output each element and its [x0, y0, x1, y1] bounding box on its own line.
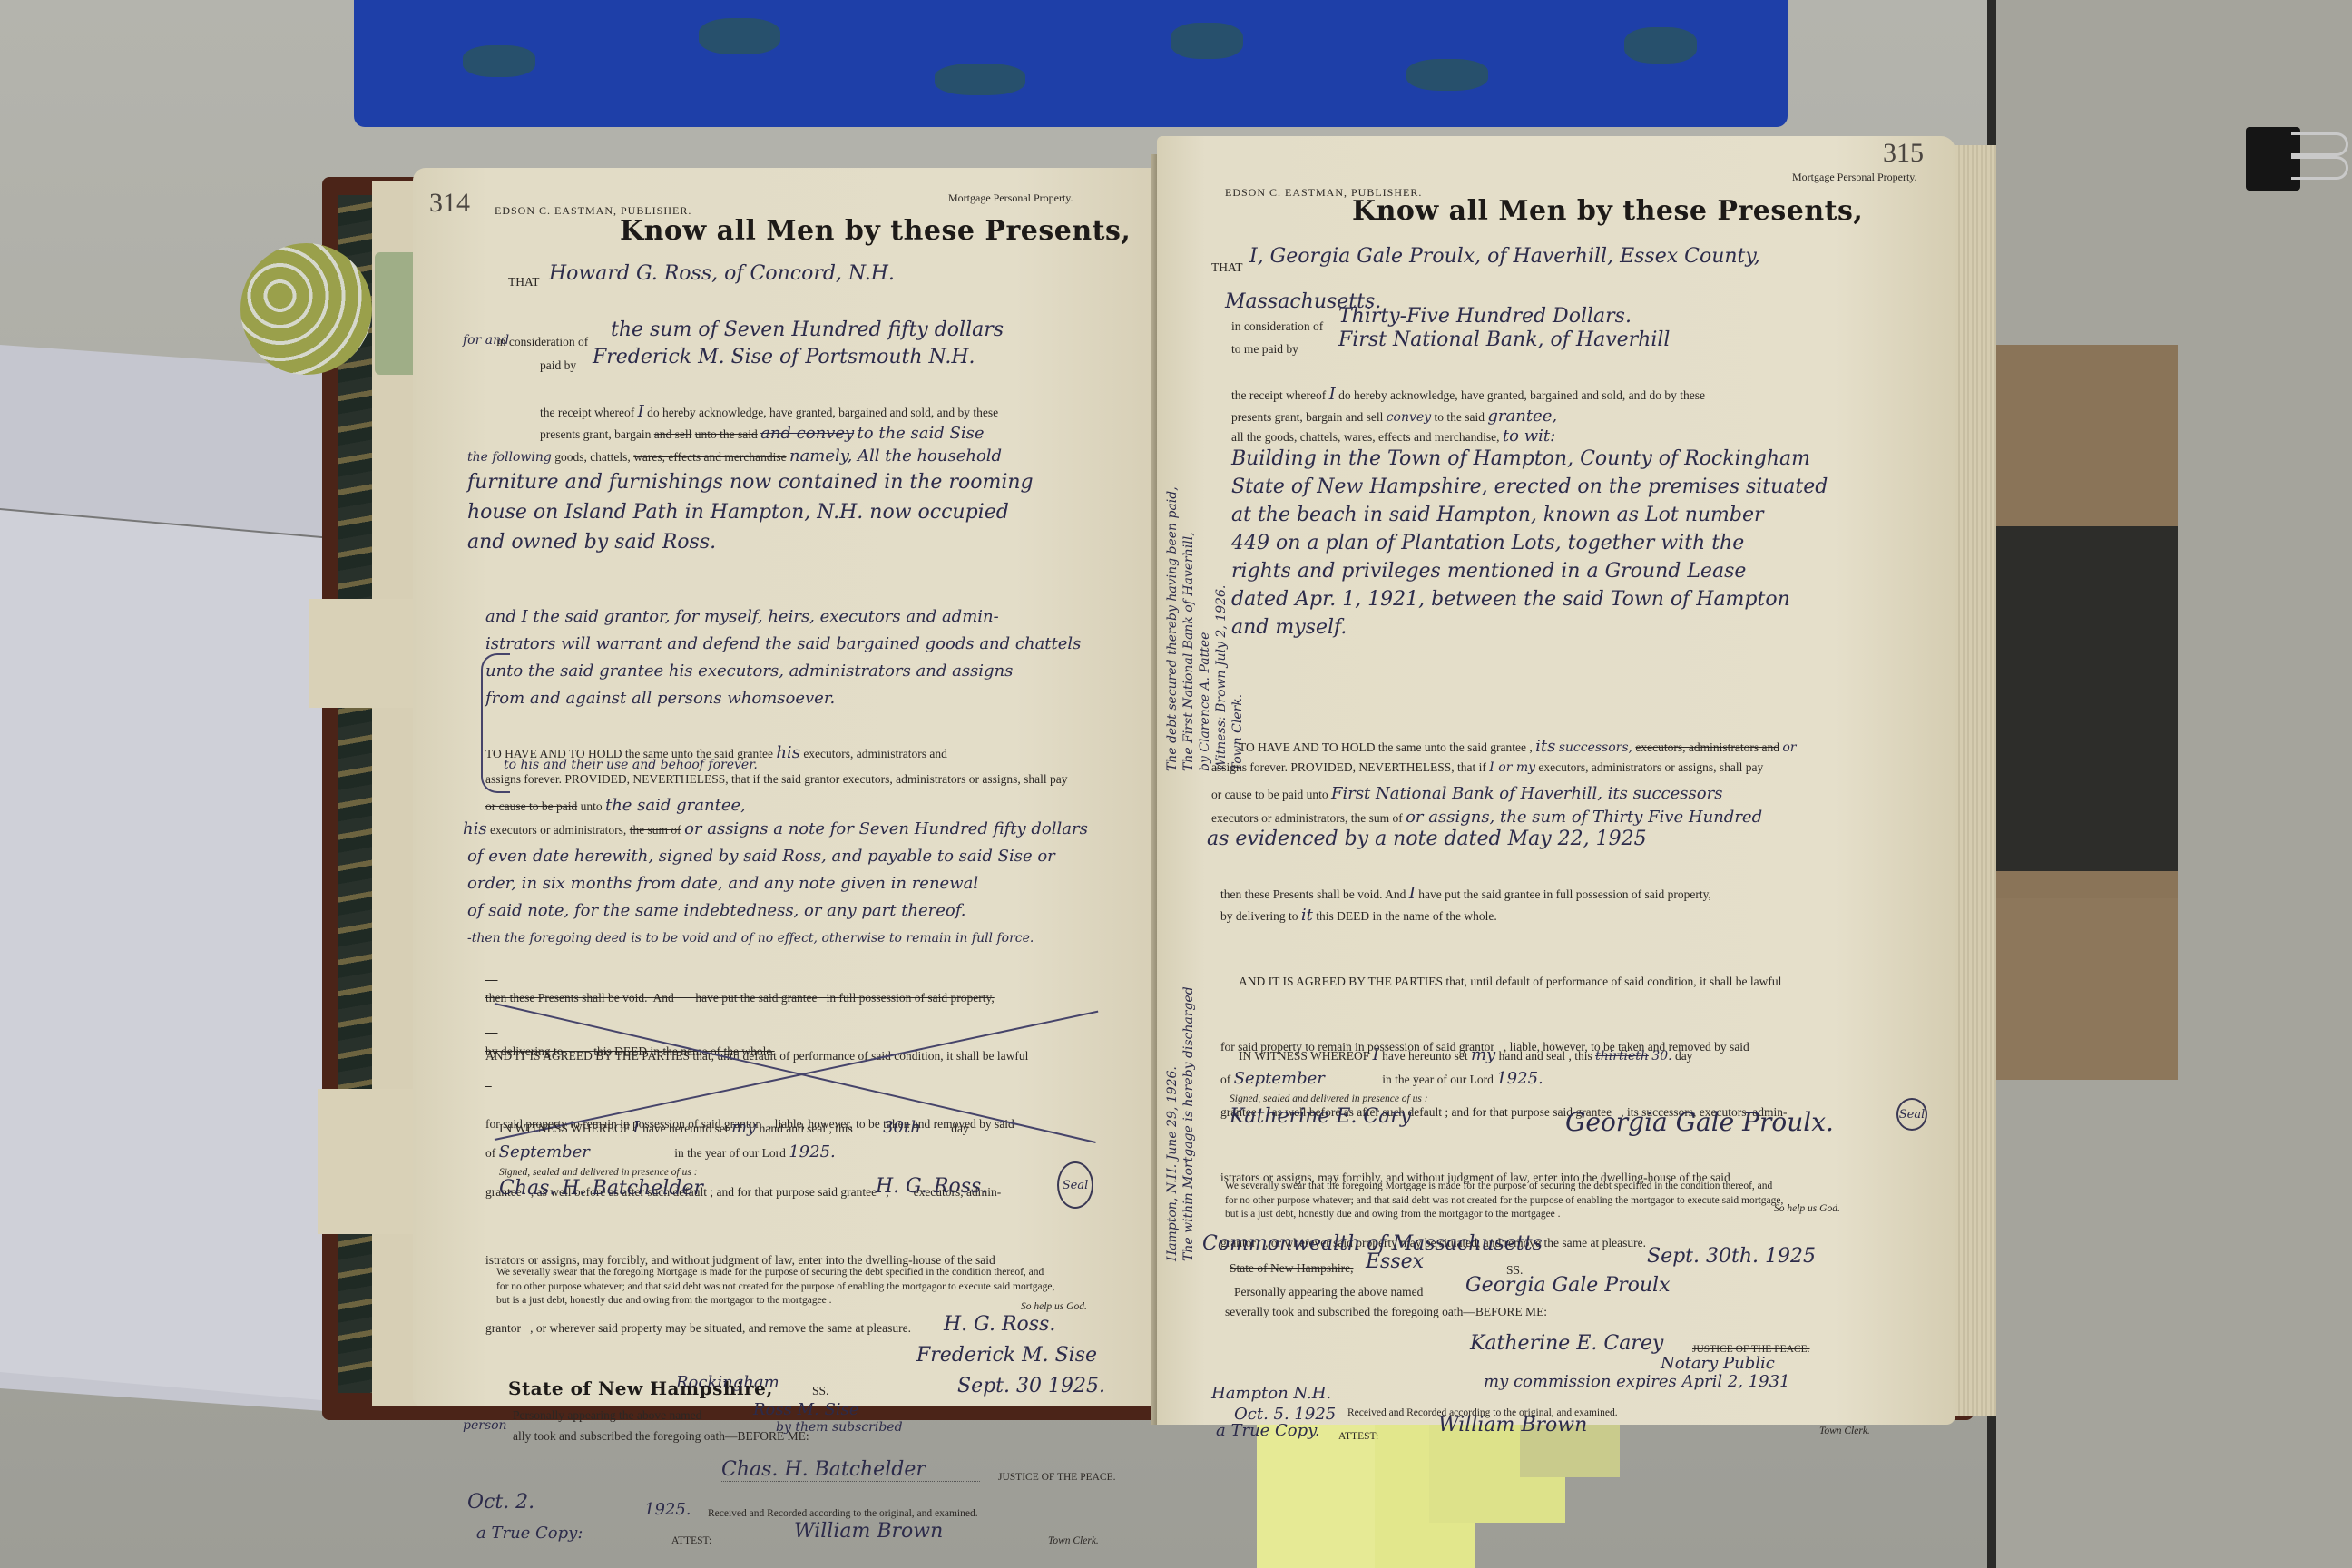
habendum-line-1: TO HAVE AND TO HOLD the same unto the sa… — [1239, 735, 1796, 759]
justice-signature: Chas. H. Batchelder — [721, 1458, 980, 1482]
ack-county: Rockingham — [676, 1373, 779, 1392]
that-label: THAT — [1211, 259, 1243, 277]
notary-commission: my commission expires April 2, 1931 — [1484, 1372, 1790, 1391]
cardboard-book-support — [1969, 345, 2178, 1080]
recording-year: 1925. — [644, 1500, 691, 1519]
witness-date-line: of September in the year of our Lord 192… — [485, 1141, 836, 1164]
note-terms: of even date herewith, signed by said Ro… — [467, 843, 1055, 952]
consideration-amount: Thirty-Five Hundred Dollars. — [1338, 305, 1632, 328]
witness-line: IN WITNESS WHEREOF I have hereunto set m… — [1239, 1044, 1692, 1067]
form-type: Mortgage Personal Property. — [948, 191, 1073, 205]
goods-line: the following goods, chattels, wares, ef… — [467, 445, 1002, 468]
ack-took: ally took and subscribed the foregoing o… — [513, 1427, 809, 1445]
ack-date: Sept. 30th. 1925 — [1647, 1245, 1816, 1268]
deliver-clause: by delivering to it this DEED in the nam… — [1220, 904, 1497, 927]
loose-paper-sheet-lower — [0, 508, 336, 1401]
mortgagee-name: Frederick M. Sise of Portsmouth N.H. — [593, 346, 975, 368]
oath-signature-ross: H. G. Ross. — [944, 1313, 1055, 1336]
habendum-line-3: or cause to be paid unto First National … — [1211, 782, 1722, 806]
discharge-margin-note-lower: Hampton, N.H. June 29, 1926. The within … — [1164, 789, 1197, 1261]
ack-ss: SS. — [812, 1382, 828, 1400]
true-copy: a True Copy: — [476, 1524, 583, 1543]
page-number: 315 — [1883, 138, 1924, 169]
form-heading: Know all Men by these Presents, — [620, 215, 1131, 247]
recording-date: Oct. 2. — [467, 1491, 534, 1514]
grantor-name: I, Georgia Gale Proulx, of Haverhill, Es… — [1249, 245, 1760, 268]
attest-label: ATTEST: — [1338, 1430, 1378, 1445]
paid-by-label: paid by — [540, 357, 576, 375]
witness-date-line: of September in the year of our Lord 192… — [1220, 1067, 1543, 1091]
habendum-line-2: assigns forever. PROVIDED, NEVERTHELESS,… — [485, 770, 1067, 789]
blue-painters-tape — [354, 0, 1788, 127]
ack-appearing: Personally appearing the above named — [1234, 1283, 1423, 1301]
witness-signature: Chas. H. Batchelder — [499, 1177, 703, 1200]
justice-label: JUSTICE OF THE PEACE. — [998, 1471, 1116, 1485]
clerk-signature: William Brown — [1438, 1414, 1587, 1436]
ack-names: Ross M. Sise — [753, 1400, 858, 1419]
grant-line: presents grant, bargain and sell unto th… — [540, 422, 985, 446]
receipt-line: the receipt whereof I do hereby acknowle… — [1231, 383, 1705, 407]
grantor-signature: Georgia Gale Proulx. — [1565, 1107, 1834, 1137]
ack-county: Essex — [1366, 1250, 1424, 1273]
habendum-line-3: or cause to be paid unto the said grante… — [485, 794, 746, 818]
receipt-line: the receipt whereof I do hereby acknowle… — [540, 400, 998, 424]
consideration-label: in consideration of — [496, 333, 588, 351]
oath-text: We severally swear that the foregoing Mo… — [1225, 1180, 1869, 1222]
ack-took: severally took and subscribed the forego… — [1225, 1303, 1547, 1321]
ack-appearing: Personally appearing the above named — [513, 1406, 701, 1425]
form-type: Mortgage Personal Property. — [1792, 171, 1917, 184]
grantor-signature: H. G. Ross. — [876, 1175, 987, 1198]
handwritten-goods-description: furniture and furnishings now contained … — [467, 467, 1034, 557]
habendum-line-4: his executors or administrators, the sum… — [463, 818, 1088, 841]
true-copy: a True Copy. — [1216, 1421, 1320, 1440]
ack-state-struck: State of New Hampshire, — [1230, 1259, 1353, 1278]
seal-mark: Seal — [1057, 1161, 1093, 1209]
warranty-clause: and I the said grantor, for myself, heir… — [485, 603, 1081, 712]
grantor-name: Howard G. Ross, of Concord, N.H. — [549, 262, 895, 285]
oath-signature-sise: Frederick M. Sise — [916, 1344, 1097, 1367]
notary-title: Notary Public — [1661, 1354, 1775, 1373]
clerk-signature: William Brown — [794, 1520, 943, 1543]
page-number: 314 — [429, 188, 470, 219]
justice-signature: Katherine E. Carey — [1470, 1332, 1663, 1355]
ack-date: Sept. 30 1925. — [957, 1375, 1105, 1397]
habendum-line-5: as evidenced by a note dated May 22, 192… — [1207, 828, 1647, 850]
handwritten-property-description: Building in the Town of Hampton, County … — [1231, 445, 1828, 642]
ack-names: Georgia Gale Proulx — [1465, 1274, 1671, 1297]
so-help-text: So help us God. — [1774, 1202, 1840, 1217]
discharge-margin-note: The debt secured thereby having been pai… — [1164, 299, 1246, 771]
page-315: 315 EDSON C. EASTMAN, PUBLISHER. Mortgag… — [1157, 136, 1955, 1425]
void-clause: then these Presents shall be void. And I… — [1220, 882, 1711, 906]
binder-clip-icon — [2246, 127, 2300, 191]
clerk-label: Town Clerk. — [1819, 1425, 1870, 1439]
habendum-line-2: assigns forever. PROVIDED, NEVERTHELESS,… — [1211, 759, 1763, 777]
consideration-amount: the sum of Seven Hundred fifty dollars — [611, 318, 1004, 341]
that-label: THAT — [508, 273, 540, 291]
ack-margin: person — [463, 1418, 507, 1433]
witness-line: IN WITNESS WHEREOF I have hereunto set m… — [499, 1116, 969, 1140]
attest-label: ATTEST: — [671, 1534, 711, 1549]
witness-signature: Katherine E. Cary — [1230, 1105, 1411, 1128]
recording-place: Hampton N.H. — [1211, 1384, 1331, 1403]
clerk-label: Town Clerk. — [1048, 1534, 1099, 1549]
page-314: 314 EDSON C. EASTMAN, PUBLISHER. Mortgag… — [413, 168, 1166, 1406]
seal-mark: Seal — [1896, 1098, 1927, 1131]
form-heading: Know all Men by these Presents, — [1352, 195, 1863, 227]
mortgagee-name: First National Bank, of Haverhill — [1338, 328, 1670, 351]
habendum-line-4: executors or administrators, the sum of … — [1211, 806, 1762, 829]
